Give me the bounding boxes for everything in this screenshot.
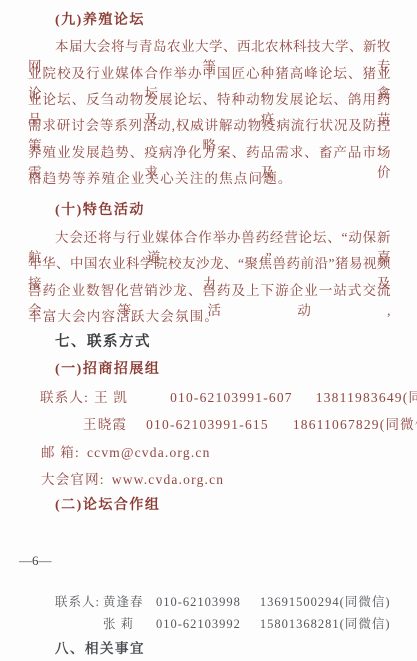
contact-mobile: 15801368281(同微信) [260,614,391,632]
email-label: 邮 箱: [41,441,80,461]
contact-mobile: 13691500294(同微信) [260,592,391,610]
contact-name: 张 莉 [103,614,145,632]
contact-phone: 010-62103991-607 [170,390,293,406]
contact-name: 王晓霞 [83,413,127,433]
contact-name: 王 凯 [94,386,146,406]
contact-name: 黄逢春 [103,592,145,610]
section-10-heading: (十)特色活动 [55,199,145,219]
contact-label: 联系人: [55,592,100,610]
paragraph-line: 丰富大会内容活跃大会氛围。 [28,305,219,325]
contact-mobile: 18611067829(同微信) [293,413,417,433]
group-1-heading: (一)招商招展组 [55,358,160,378]
contact-row: 联系人:黄逢春010-6210399813691500294(同微信) [55,592,390,610]
email-value: ccvm@cvda.org.cn [87,445,211,461]
contact-phone: 010-62103991-615 [146,417,269,433]
section-9-heading: (九)养殖论坛 [55,9,145,29]
section-8-heading: 八、相关事宜 [55,637,145,657]
page-number: —6— [19,553,52,569]
contact-label: 联系人: [40,386,89,406]
contact-mobile: 13811983649(同微信) [316,386,417,406]
contact-phone: 010-62103998 [156,595,241,610]
email-row: 邮 箱:ccvm@cvda.org.cn [41,441,211,461]
contact-phone: 010-62103992 [156,617,241,632]
paragraph-line: 格趋势等养殖企业关心关注的焦点问题。 [28,167,293,187]
website-row: 大会官网:www.cvda.org.cn [41,468,224,488]
website-label: 大会官网: [41,468,105,488]
contact-row: 联系人:王 凯010-62103991-60713811983649(同微信) [40,386,417,406]
website-value: www.cvda.org.cn [112,472,224,488]
contact-row: 王晓霞010-62103991-61518611067829(同微信) [83,413,417,433]
section-7-heading: 七、联系方式 [55,330,151,351]
contact-row: 张 莉010-6210399215801368281(同微信) [103,614,391,632]
document-page: (九)养殖论坛 本届大会将与青岛农业大学、西北农林科技大学、新牧网等专 业院校及… [0,0,417,661]
group-2-heading: (二)论坛合作组 [55,494,160,514]
